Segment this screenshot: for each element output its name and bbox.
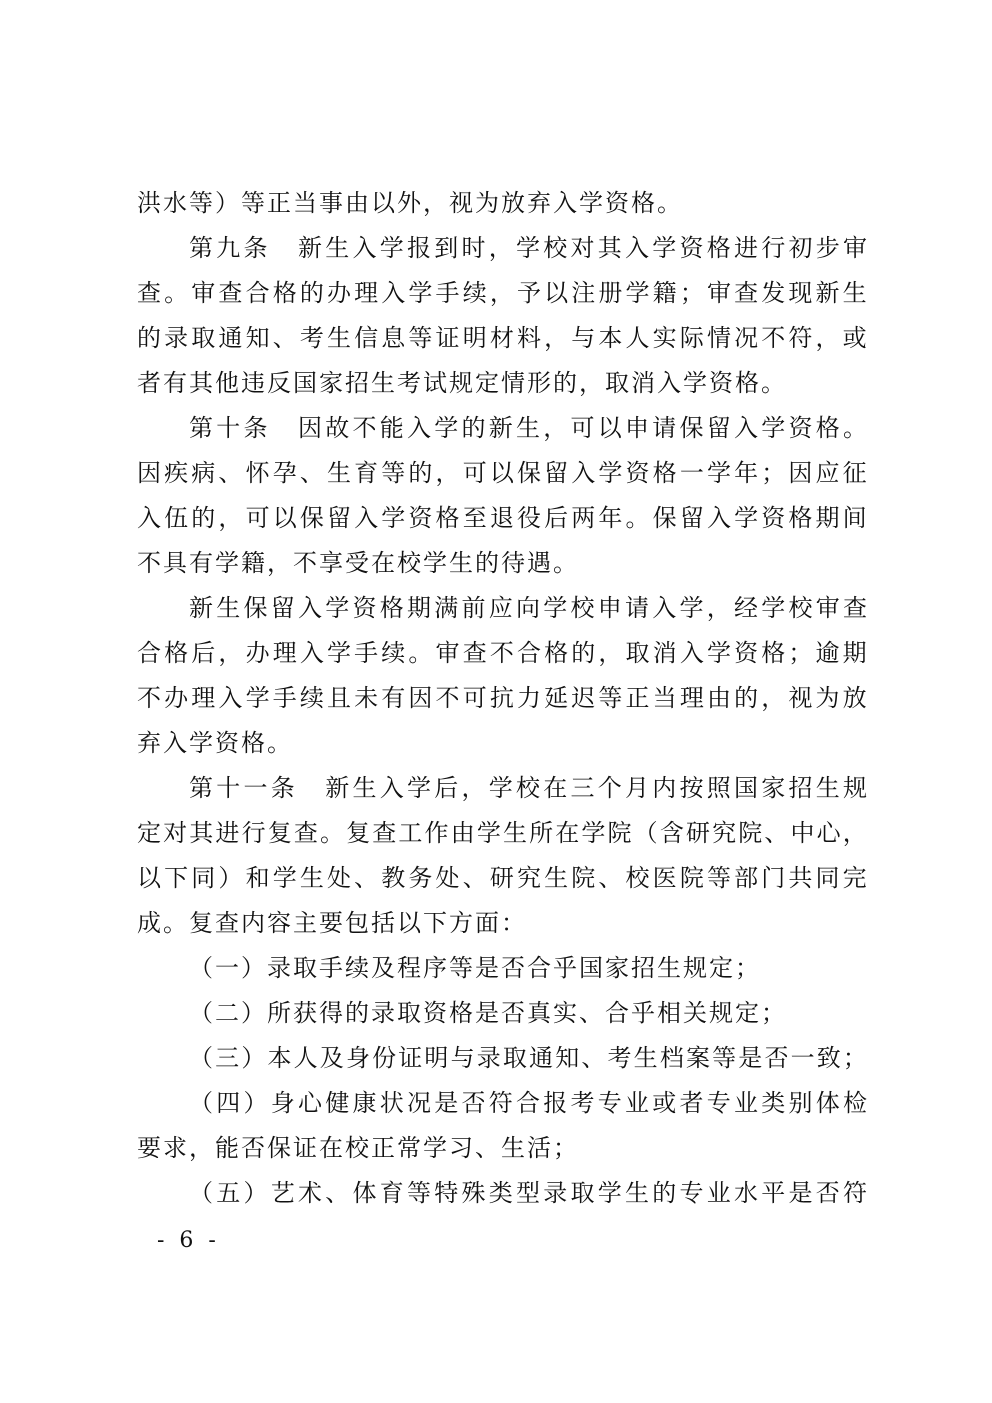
text-line: 因疾病、怀孕、生育等的，可以保留入学资格一学年；因应征 <box>137 451 867 496</box>
text-line: 入伍的，可以保留入学资格至退役后两年。保留入学资格期间 <box>137 496 867 541</box>
document-body: 洪水等）等正当事由以外，视为放弃入学资格。 第九条 新生入学报到时，学校对其入学… <box>137 181 867 1216</box>
text-line: 者有其他违反国家招生考试规定情形的，取消入学资格。 <box>137 361 867 406</box>
text-line: 第九条 新生入学报到时，学校对其入学资格进行初步审 <box>137 226 867 271</box>
text-line: 第十条 因故不能入学的新生，可以申请保留入学资格。 <box>137 406 867 451</box>
text-line: 新生保留入学资格期满前应向学校申请入学，经学校审查 <box>137 586 867 631</box>
text-line: 查。审查合格的办理入学手续，予以注册学籍；审查发现新生 <box>137 271 867 316</box>
text-line: 以下同）和学生处、教务处、研究生院、校医院等部门共同完 <box>137 856 867 901</box>
text-line: 成。复查内容主要包括以下方面： <box>137 901 867 946</box>
document-page: 洪水等）等正当事由以外，视为放弃入学资格。 第九条 新生入学报到时，学校对其入学… <box>0 0 992 1403</box>
text-line: （一）录取手续及程序等是否合乎国家招生规定； <box>137 946 867 991</box>
text-line: （四）身心健康状况是否符合报考专业或者专业类别体检 <box>137 1081 867 1126</box>
text-line: 弃入学资格。 <box>137 721 867 766</box>
text-line: 洪水等）等正当事由以外，视为放弃入学资格。 <box>137 181 867 226</box>
text-line: （三）本人及身份证明与录取通知、考生档案等是否一致； <box>137 1036 867 1081</box>
text-line: 的录取通知、考生信息等证明材料，与本人实际情况不符，或 <box>137 316 867 361</box>
text-line: 第十一条 新生入学后，学校在三个月内按照国家招生规 <box>137 766 867 811</box>
text-line: 要求，能否保证在校正常学习、生活； <box>137 1126 867 1171</box>
text-line: 定对其进行复查。复查工作由学生所在学院（含研究院、中心， <box>137 811 867 856</box>
text-line: （五）艺术、体育等特殊类型录取学生的专业水平是否符 <box>137 1171 867 1216</box>
text-line: 合格后，办理入学手续。审查不合格的，取消入学资格；逾期 <box>137 631 867 676</box>
text-line: 不具有学籍，不享受在校学生的待遇。 <box>137 541 867 586</box>
page-number: - 6 - <box>157 1226 220 1256</box>
text-line: 不办理入学手续且未有因不可抗力延迟等正当理由的，视为放 <box>137 676 867 721</box>
text-line: （二）所获得的录取资格是否真实、合乎相关规定； <box>137 991 867 1036</box>
